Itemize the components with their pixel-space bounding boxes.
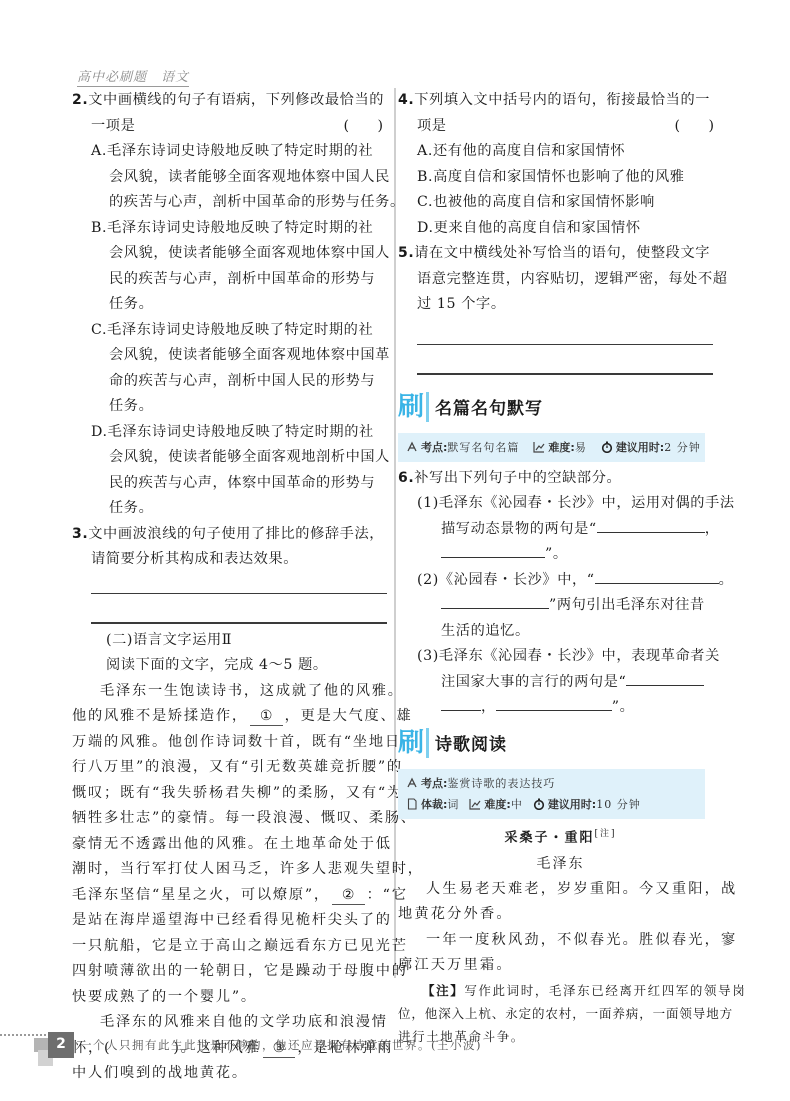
poem-author: 毛泽东 [398,851,723,877]
option-text: 毛泽东诗词史诗般地反映了特定时期的社 [108,424,374,440]
genre-value: 词 [447,796,459,812]
chart-icon [469,798,481,810]
reading-passage: (二)语言文字运用Ⅱ 阅读下面的文字，完成 4～5 题。 毛泽东一生饱读诗书，这… [72,628,387,1087]
option-label: D. [417,220,434,236]
difficulty-value: 中 [511,796,523,812]
answer-paren[interactable]: ( ) [344,114,387,140]
kaodian-icon [406,777,418,789]
punct: ”。 [545,546,568,562]
poem-line: 地黄花分外香。 [398,902,723,928]
punct: ”。 [612,699,635,715]
passage-line: 潮时，当行军打仗人困马乏，许多人悲观失望时， [72,857,387,883]
question-3: 3.文中画波浪线的句子使用了排比的修辞手法， 请简要分析其构成和表达效果。 [72,522,387,624]
time-label: 建议用时: [548,796,596,812]
fill-blank[interactable] [441,593,549,609]
option-c[interactable]: C.毛泽东诗词史诗般地反映了特定时期的社 会风貌，使读者能够全面客观地体察中国革… [72,318,387,420]
option-label: D. [91,424,108,440]
passage-line: 四射喷薄欲出的一轮朝日，它是躁动于母腹中的 [72,959,387,985]
kaodian-label: 考点: [421,439,447,455]
option-text: 任务。 [72,496,387,522]
dotted-rule [0,1034,46,1036]
question-4: 4.下列填入文中括号内的语句，衔接最恰当的一 项是( ) A.还有他的高度自信和… [398,88,723,241]
option-c[interactable]: C.也被他的高度自信和家国情怀影响 [398,190,723,216]
poem-line: 人生易老天难老，岁岁重阳。今又重阳，战 [398,877,723,903]
option-text: 会风貌，使读者能够全面客观地剖析中国人 [72,445,387,471]
time-value: 10 分钟 [596,796,641,812]
option-text: 高度自信和家国情怀也影响了他的风雅 [433,169,684,185]
passage-line: 豪情无不透露出他的风雅。在土地革命处于低 [72,832,387,858]
kaodian-value: 默写名句名篇 [447,439,519,455]
running-header: 高中必刷题语文 [77,66,189,87]
poem-title: 采桑子・重阳[注] [398,821,723,851]
info-box: 考点:默写名句名篇 难度:易 建议用时:2 分钟 [398,433,705,462]
question-number: 6. [398,470,414,486]
right-column: 4.下列填入文中括号内的语句，衔接最恰当的一 项是( ) A.还有他的高度自信和… [398,88,723,1048]
kaodian-value: 鉴赏诗歌的表达技巧 [447,775,555,791]
difficulty-value: 易 [575,439,587,455]
time-value: 2 分钟 [664,439,701,455]
passage-line: ，更是大气度、雄 [285,708,413,724]
punct: ， [705,521,720,537]
page-footer: 2 一个人只拥有此生此世是不够的，他还应该拥有诗意的世界。(王小波) [0,1028,790,1068]
option-text: 会风貌，使读者能够全面客观地体察中国人 [72,241,387,267]
option-text: 毛泽东诗词史诗般地反映了特定时期的社 [107,143,373,159]
question-stem: 请在文中横线处补写恰当的语句，使整段文字 [414,245,710,261]
time-label: 建议用时: [616,439,664,455]
shua-badge-icon: 刷 [398,728,429,758]
question-number: 4. [398,92,414,108]
fill-blank[interactable] [597,517,705,533]
poem-note-marker: [注] [594,829,616,839]
fill-blank[interactable] [441,695,481,711]
passage-line: 行八万里”的浪漫，又有“引无数英雄竞折腰”的 [72,755,387,781]
option-label: A. [417,143,433,159]
option-text: 会风貌，读者能够全面客观地体察中国人民 [72,165,387,191]
option-a[interactable]: A.还有他的高度自信和家国情怀 [398,139,723,165]
option-text: 毛泽东诗词史诗般地反映了特定时期的社 [107,322,373,338]
stopwatch-icon [601,441,613,453]
question-stem: 语意完整连贯，内容贴切，逻辑严密，每处不超 [398,267,723,293]
chart-icon [533,441,545,453]
question-stem: 文中画横线的句子有语病，下列修改最恰当的 [88,92,384,108]
question-5: 5.请在文中横线处补写恰当的语句，使整段文字 语意完整连贯，内容贴切，逻辑严密，… [398,241,723,375]
option-a[interactable]: A.毛泽东诗词史诗般地反映了特定时期的社 会风貌，读者能够全面客观地体察中国人民… [72,139,387,216]
answer-line[interactable] [91,622,387,624]
question-stem: 文中画波浪线的句子使用了排比的修辞手法， [88,526,384,542]
book-title: 高中必刷题 [77,70,147,85]
question-stem: 请简要分析其构成和表达效果。 [72,547,387,573]
section-recitation: 刷 名篇名句默写 考点:默写名句名篇 难度:易 建议用时:2 分钟 [398,389,723,462]
poem-line: 廓江天万里霜。 [398,953,723,979]
question-number: 2. [72,92,88,108]
sub-question: (3)毛泽东《沁园春・长沙》中，表现革命者关 [398,644,723,670]
passage-line: 一只航船，它是立于高山之巅远看东方已见光芒 [72,934,387,960]
sub-question: (2)《沁园春・长沙》中，“ [417,572,595,588]
poem-line: 一年一度秋风劲，不似春光。胜似春光，寥 [398,928,723,954]
option-text: 毛泽东诗词史诗般地反映了特定时期的社 [107,220,373,236]
option-label: C. [417,194,433,210]
question-stem: 下列填入文中括号内的语句，衔接最恰当的一 [414,92,710,108]
genre-label: 体裁: [421,796,447,812]
kaodian-icon [406,441,418,453]
option-b[interactable]: B.高度自信和家国情怀也影响了他的风雅 [398,165,723,191]
passage-line: 万端的风雅。他创作诗词数十首，既有“坐地日 [72,730,387,756]
question-6: 6.补写出下列句子中的空缺部分。 (1)毛泽东《沁园春・长沙》中，运用对偶的手法… [398,466,723,721]
option-text: 民的疾苦与心声，体察中国革命的形势与 [72,471,387,497]
column-divider [394,88,396,978]
note-line: 位，他深入上杭、永定的农村，一面养病，一面领导地方 [398,1002,723,1025]
sub-question: 注国家大事的言行的两句是“ [441,674,626,690]
option-text: 民的疾苦与心声，剖析中国革命的形势与 [72,267,387,293]
stopwatch-icon [533,798,545,810]
option-text: 还有他的高度自信和家国情怀 [433,143,625,159]
option-text: 更来自他的高度自信和家国情怀 [434,220,641,236]
option-text: 命的疾苦与心声，剖析中国人民的形势与 [72,369,387,395]
left-column: 2.文中画横线的句子有语病，下列修改最恰当的 一项是( ) A.毛泽东诗词史诗般… [72,88,387,1087]
option-label: A. [91,143,107,159]
fill-blank[interactable] [626,670,704,686]
difficulty-label: 难度: [484,796,510,812]
fill-blank[interactable] [496,695,612,711]
poem-title-text: 采桑子・重阳 [504,830,594,845]
option-b[interactable]: B.毛泽东诗词史诗般地反映了特定时期的社 会风貌，使读者能够全面客观地体察中国人… [72,216,387,318]
option-label: B. [91,220,107,236]
section-instruction: 阅读下面的文字，完成 4～5 题。 [72,653,387,679]
passage-line: 他的风雅不是矫揉造作， [72,708,248,724]
poem: 采桑子・重阳[注] 毛泽东 人生易老天难老，岁岁重阳。今又重阳，战 地黄花分外香… [398,821,723,1048]
subject-title: 语文 [161,70,189,85]
question-2: 2.文中画横线的句子有语病，下列修改最恰当的 一项是( ) A.毛泽东诗词史诗般… [72,88,387,522]
punct: ， [481,699,496,715]
option-text: 会风貌，使读者能够全面客观地体察中国革 [72,343,387,369]
passage-line: 是站在海岸遥望海中已经看得见桅杆尖头了的 [72,908,387,934]
page-number: 2 [48,1032,74,1058]
section-title: 诗歌阅读 [435,730,507,755]
note-line: 写作此词时，毛泽东已经离开红四军的领导岗 [464,983,746,998]
answer-line[interactable] [417,373,713,375]
info-box: 考点:鉴赏诗歌的表达技巧 体裁:词 难度:中 建议用时:10 分钟 [398,769,705,819]
kaodian-label: 考点: [421,775,447,791]
difficulty-label: 难度: [548,439,574,455]
question-stem: 过 15 个字。 [398,292,723,318]
answer-paren[interactable]: ( ) [675,114,718,140]
punct: 。 [719,572,734,588]
question-stem: 项是 [417,114,447,140]
passage-line: 牺牲多壮志”的豪情。每一段浪漫、慨叹、柔肠、 [72,806,387,832]
section-title: (二)语言文字运用Ⅱ [72,628,387,654]
option-text: 也被他的高度自信和家国情怀影响 [433,194,655,210]
question-stem: 补写出下列句子中的空缺部分。 [414,470,621,486]
document-icon [406,798,418,810]
passage-line: 快要成熟了的一个婴儿”。 [72,985,387,1011]
passage-line: 慨叹；既有“我失骄杨君失柳”的柔肠，又有“为有 [72,781,387,807]
passage-line: 毛泽东坚信“星星之火，可以燎原”， [72,887,330,903]
footer-quote: 一个人只拥有此生此世是不够的，他还应该拥有诗意的世界。(王小波) [80,1037,482,1053]
passage-line: 毛泽东一生饱读诗书，这成就了他的风雅。 [72,679,387,705]
option-d[interactable]: D.毛泽东诗词史诗般地反映了特定时期的社 会风貌，使读者能够全面客观地剖析中国人… [72,420,387,522]
sub-question: 生活的追忆。 [398,619,723,645]
section-poem-reading: 刷 诗歌阅读 考点:鉴赏诗歌的表达技巧 体裁:词 难度:中 [398,725,723,1048]
fill-blank[interactable] [441,542,545,558]
question-number: 3. [72,526,88,542]
option-text: 任务。 [72,292,387,318]
option-text: 任务。 [72,394,387,420]
shua-badge-icon: 刷 [398,392,429,422]
question-stem: 一项是 [91,114,135,140]
fill-blank[interactable] [595,568,719,584]
question-number: 5. [398,245,414,261]
sub-question: ”两句引出毛泽东对往昔 [549,597,705,613]
option-label: B. [417,169,433,185]
blank-2[interactable]: ② [332,887,365,905]
sub-question: 描写动态景物的两句是“ [441,521,597,537]
sub-question: (1)毛泽东《沁园春・长沙》中，运用对偶的手法 [398,491,723,517]
option-text: 的疾苦与心声，剖析中国革命的形势与任务。 [72,190,387,216]
option-d[interactable]: D.更来自他的高度自信和家国情怀 [398,216,723,242]
blank-1[interactable]: ① [250,708,283,726]
note-label: 【注】 [422,983,464,998]
section-title: 名篇名句默写 [435,394,543,419]
option-label: C. [91,322,107,338]
